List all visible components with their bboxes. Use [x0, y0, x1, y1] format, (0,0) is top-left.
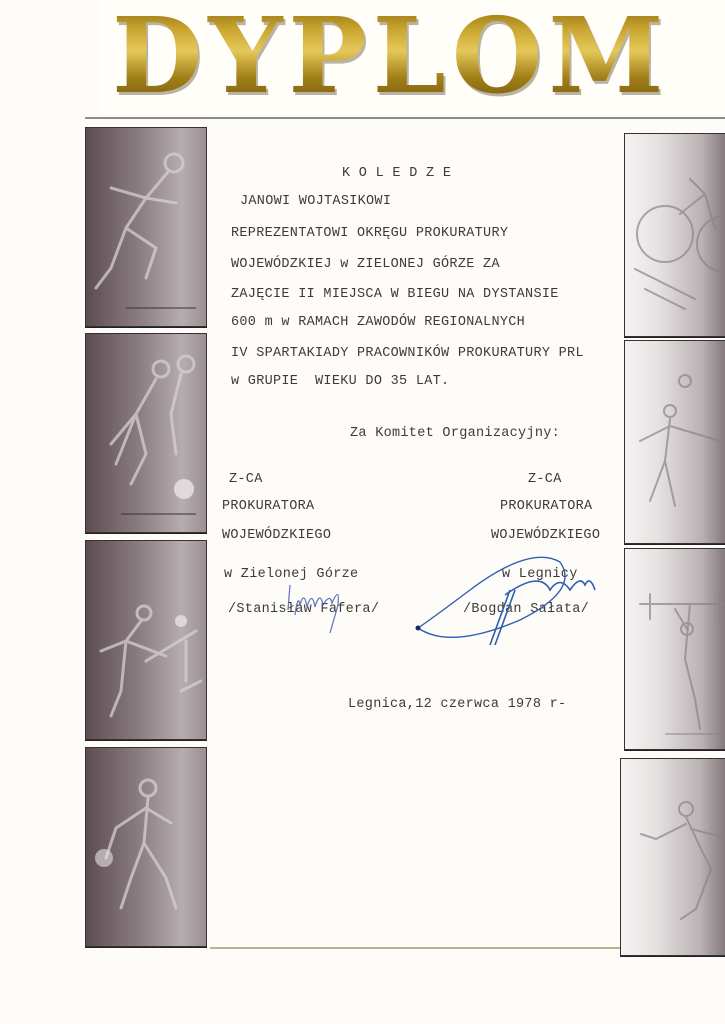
body-line-4: 600 m w RAMACH ZAWODÓW REGIONALNYCH [231, 315, 525, 330]
recipient-name: JANOWI WOJTASIKOWI [240, 194, 391, 209]
panel-sprinter [620, 758, 725, 956]
panel-table-tennis [85, 540, 207, 740]
football-icon [86, 334, 206, 532]
right-role-1: Z-CA [528, 472, 562, 487]
panel-runner [85, 127, 207, 327]
right-role-3: WOJEWÓDZKIEGO [491, 528, 600, 543]
left-role-3: WOJEWÓDZKIEGO [222, 528, 331, 543]
panel-basketball [85, 747, 207, 947]
table-tennis-icon [86, 541, 206, 739]
diploma-title: DYPLOM [112, 2, 725, 110]
bottom-divider [210, 947, 620, 949]
panel-cyclist [624, 133, 725, 337]
right-role-2: PROKURATORA [500, 499, 592, 514]
panel-volleyball [624, 340, 725, 544]
panel-weightlifter [624, 548, 725, 750]
volleyball-icon [625, 341, 725, 543]
left-role-1: Z-CA [229, 472, 263, 487]
runner-icon [86, 128, 206, 326]
body-line-5: IV SPARTAKIADY PRACOWNIKÓW PROKURATURY P… [231, 346, 584, 361]
body-line-6: w GRUPIE WIEKU DO 35 LAT. [231, 374, 449, 389]
weightlifter-icon [625, 549, 725, 749]
left-name: /Stanisław Fafera/ [228, 602, 379, 617]
body-line-3: ZAJĘCIE II MIEJSCA W BIEGU NA DYSTANSIE [231, 287, 559, 302]
top-divider [85, 117, 725, 119]
sprinter-icon [621, 759, 725, 955]
cyclist-icon [625, 134, 725, 336]
basketball-icon [86, 748, 206, 946]
right-location: w Legnicy [502, 567, 578, 582]
body-line-1: REPREZENTATOWI OKRĘGU PROKURATURY [231, 226, 508, 241]
left-role-2: PROKURATORA [222, 499, 314, 514]
salutation: K O L E D Z E [342, 166, 451, 181]
panel-football [85, 333, 207, 533]
right-name: /Bogdan Sałata/ [463, 602, 589, 617]
committee-line: Za Komitet Organizacyjny: [350, 426, 560, 441]
body-line-2: WOJEWÓDZKIEJ w ZIELONEJ GÓRZE ZA [231, 257, 500, 272]
signature-right [410, 550, 620, 650]
left-location: w Zielonej Górze [224, 567, 358, 582]
place-date: Legnica,12 czerwca 1978 r- [348, 697, 566, 712]
